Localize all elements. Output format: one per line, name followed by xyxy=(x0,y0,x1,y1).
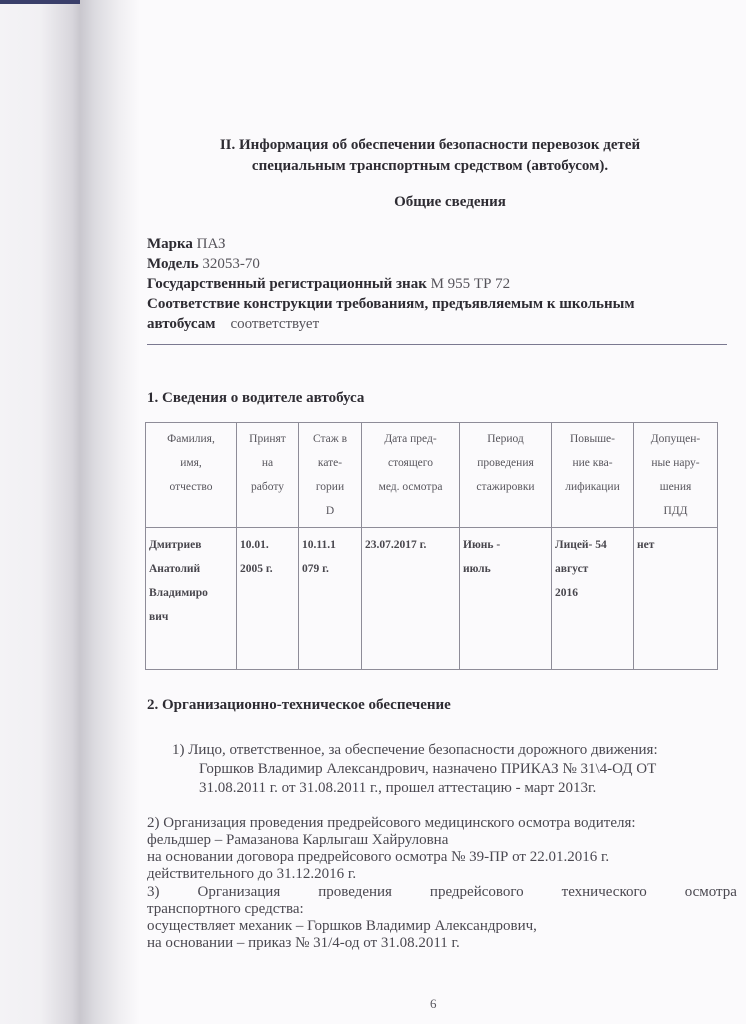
compliance-value: соответствует xyxy=(230,316,319,332)
org-item-2-line-1: 2) Организация проведения предрейсового … xyxy=(147,815,737,832)
org-item-3-line-2: транспортного средства: xyxy=(147,901,737,918)
brand-field: Марка ПАЗ xyxy=(147,234,225,254)
compliance-label-cont: автобусам xyxy=(147,316,215,332)
table-header-row: Фамилия,имя,отчествоПринятнаработуСтаж в… xyxy=(146,423,718,528)
section-title-line-2: специальным транспортным средством (авто… xyxy=(150,156,710,177)
column-header: Допущен-ные нару-шенияПДД xyxy=(634,423,718,528)
org-item-1-line-1: 1) Лицо, ответственное, за обеспечение б… xyxy=(172,742,658,758)
org-item-3-line-3: осуществляет механик – Горшков Владимир … xyxy=(147,918,737,935)
column-header: Дата пред-стоящегомед. осмотра xyxy=(362,423,460,528)
org-item-2-line-4: действительного до 31.12.2016 г. xyxy=(147,866,737,883)
model-label: Модель xyxy=(147,256,199,272)
org-section-heading: 2. Организационно-техническое обеспечени… xyxy=(147,697,451,714)
column-header: Повыше-ние ква-лификации xyxy=(552,423,634,528)
org-item-2-line-2: фельдшер – Рамазанова Карлыгаш Хайруловн… xyxy=(147,832,737,849)
plate-value: М 955 ТР 72 xyxy=(431,276,511,292)
org-item-1: 1) Лицо, ответственное, за обеспечение б… xyxy=(172,741,740,798)
org-item-3-line-1: 3)Организацияпроведенияпредрейсовоготехн… xyxy=(147,884,737,901)
org-item-1-line-3: 31.08.2011 г. от 31.08.2011 г., прошел а… xyxy=(172,779,740,798)
page-number: 6 xyxy=(430,996,437,1012)
model-value: 32053-70 xyxy=(202,256,260,272)
brand-value: ПАЗ xyxy=(197,236,226,252)
column-header: Периодпроведениястажировки xyxy=(460,423,552,528)
compliance-field: Соответствие конструкции требованиям, пр… xyxy=(147,294,737,334)
column-header: Фамилия,имя,отчество xyxy=(146,423,237,528)
driver-table: Фамилия,имя,отчествоПринятнаработуСтаж в… xyxy=(145,422,718,670)
driver-section-heading: 1. Сведения о водителе автобуса xyxy=(147,390,364,407)
general-heading: Общие сведения xyxy=(300,194,600,211)
org-item-3: 3)Организацияпроведенияпредрейсовоготехн… xyxy=(147,884,737,952)
plate-field: Государственный регистрационный знак М 9… xyxy=(147,274,510,294)
cell-violations: нет xyxy=(634,528,718,670)
divider xyxy=(147,344,727,345)
cell-hired: 10.01.2005 г. xyxy=(237,528,299,670)
document-page: II. Информация об обеспечении безопаснос… xyxy=(0,0,746,1024)
cell-experience: 10.11.1079 г. xyxy=(299,528,362,670)
cell-internship: Июнь -июль xyxy=(460,528,552,670)
org-item-2: 2) Организация проведения предрейсового … xyxy=(147,815,737,883)
org-item-3-line-4: на основании – приказ № 31/4-од от 31.08… xyxy=(147,935,737,952)
cell-name: ДмитриевАнатолийВладимирович xyxy=(146,528,237,670)
compliance-label: Соответствие конструкции требованиям, пр… xyxy=(147,296,635,312)
column-header: Принятнаработу xyxy=(237,423,299,528)
cell-medical-date: 23.07.2017 г. xyxy=(362,528,460,670)
brand-label: Марка xyxy=(147,236,193,252)
cell-qualification: Лицей- 54август2016 xyxy=(552,528,634,670)
table-row: ДмитриевАнатолийВладимирович10.01.2005 г… xyxy=(146,528,718,670)
section-title-line-1: II. Информация об обеспечении безопаснос… xyxy=(150,135,710,156)
column-header: Стаж вкате-горииD xyxy=(299,423,362,528)
org-item-1-line-2: Горшков Владимир Александрович, назначен… xyxy=(172,760,740,779)
plate-label: Государственный регистрационный знак xyxy=(147,276,427,292)
section-title: II. Информация об обеспечении безопаснос… xyxy=(150,135,710,177)
org-item-2-line-3: на основании договора предрейсового осмо… xyxy=(147,849,737,866)
model-field: Модель 32053-70 xyxy=(147,254,260,274)
